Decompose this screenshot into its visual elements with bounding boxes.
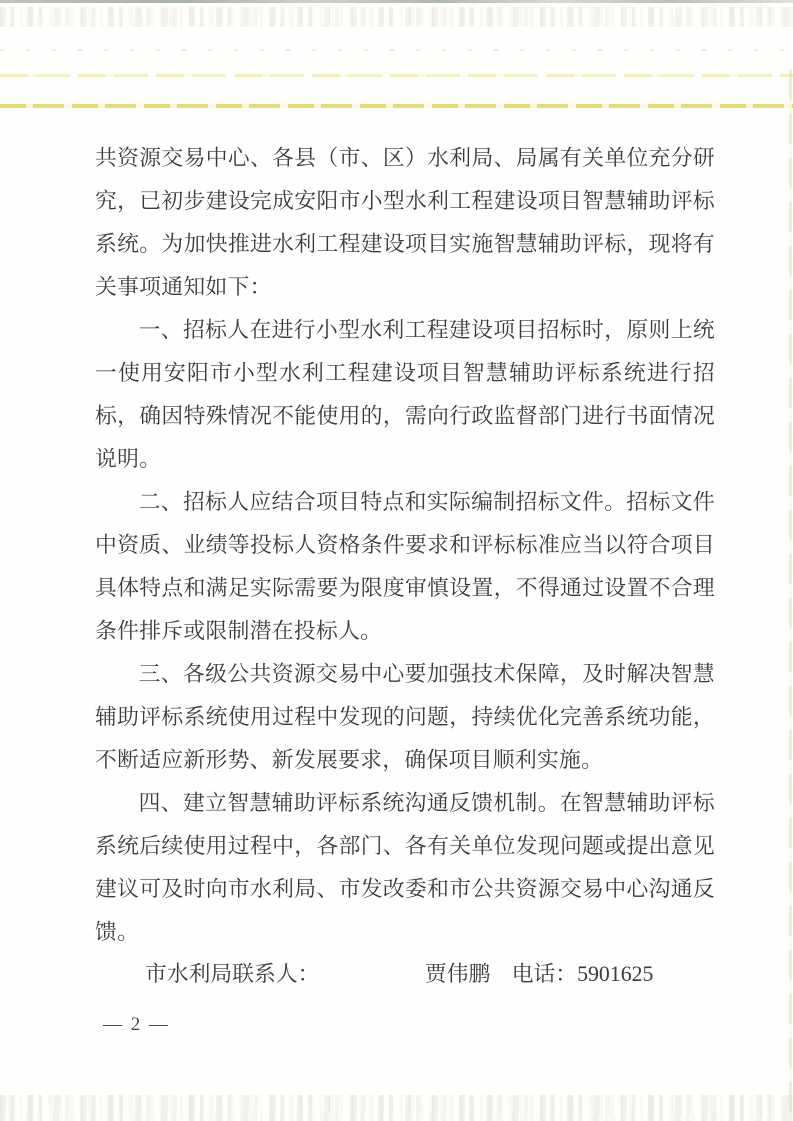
contact-phone: 电话：5901625 — [512, 962, 654, 986]
paragraph-item-4: 四、建立智慧辅助评标系统沟通反馈机制。在智慧辅助评标系统后续使用过程中，各部门、… — [95, 782, 715, 954]
yellow-dashed-line-faint — [0, 74, 793, 77]
yellow-dashed-line-strong — [0, 104, 793, 108]
contact-row: 市水利局联系人： 贾伟鹏 电话：5901625 — [95, 953, 735, 996]
contact-label: 市水利局联系人： — [145, 962, 319, 986]
page-number: — 2 — — [103, 1010, 170, 1040]
paragraph-intro: 共资源交易中心、各县（市、区）水利局、局属有关单位充分研究，已初步建设完成安阳市… — [95, 137, 715, 309]
scanned-document-page: 共资源交易中心、各县（市、区）水利局、局属有关单位充分研究，已初步建设完成安阳市… — [0, 0, 793, 1121]
contact-name: 贾伟鹏 — [425, 962, 490, 986]
scan-dotted-line — [0, 49, 793, 51]
document-body: 共资源交易中心、各县（市、区）水利局、局属有关单位充分研究，已初步建设完成安阳市… — [95, 137, 715, 954]
paragraph-item-1: 一、招标人在进行小型水利工程建设项目招标时，原则上统一使用安阳市小型水利工程建设… — [95, 309, 715, 481]
paragraph-item-2: 二、招标人应结合项目特点和实际编制招标文件。招标文件中资质、业绩等投标人资格条件… — [95, 481, 715, 653]
scan-right-edge-line — [789, 70, 792, 1121]
paragraph-item-3: 三、各级公共资源交易中心要加强技术保障，及时解决智慧辅助评标系统使用过程中发现的… — [95, 653, 715, 782]
scan-top-edge-line — [0, 0, 793, 3]
scan-noise-band-top — [0, 7, 793, 27]
scan-noise-band-bottom — [0, 1095, 793, 1121]
